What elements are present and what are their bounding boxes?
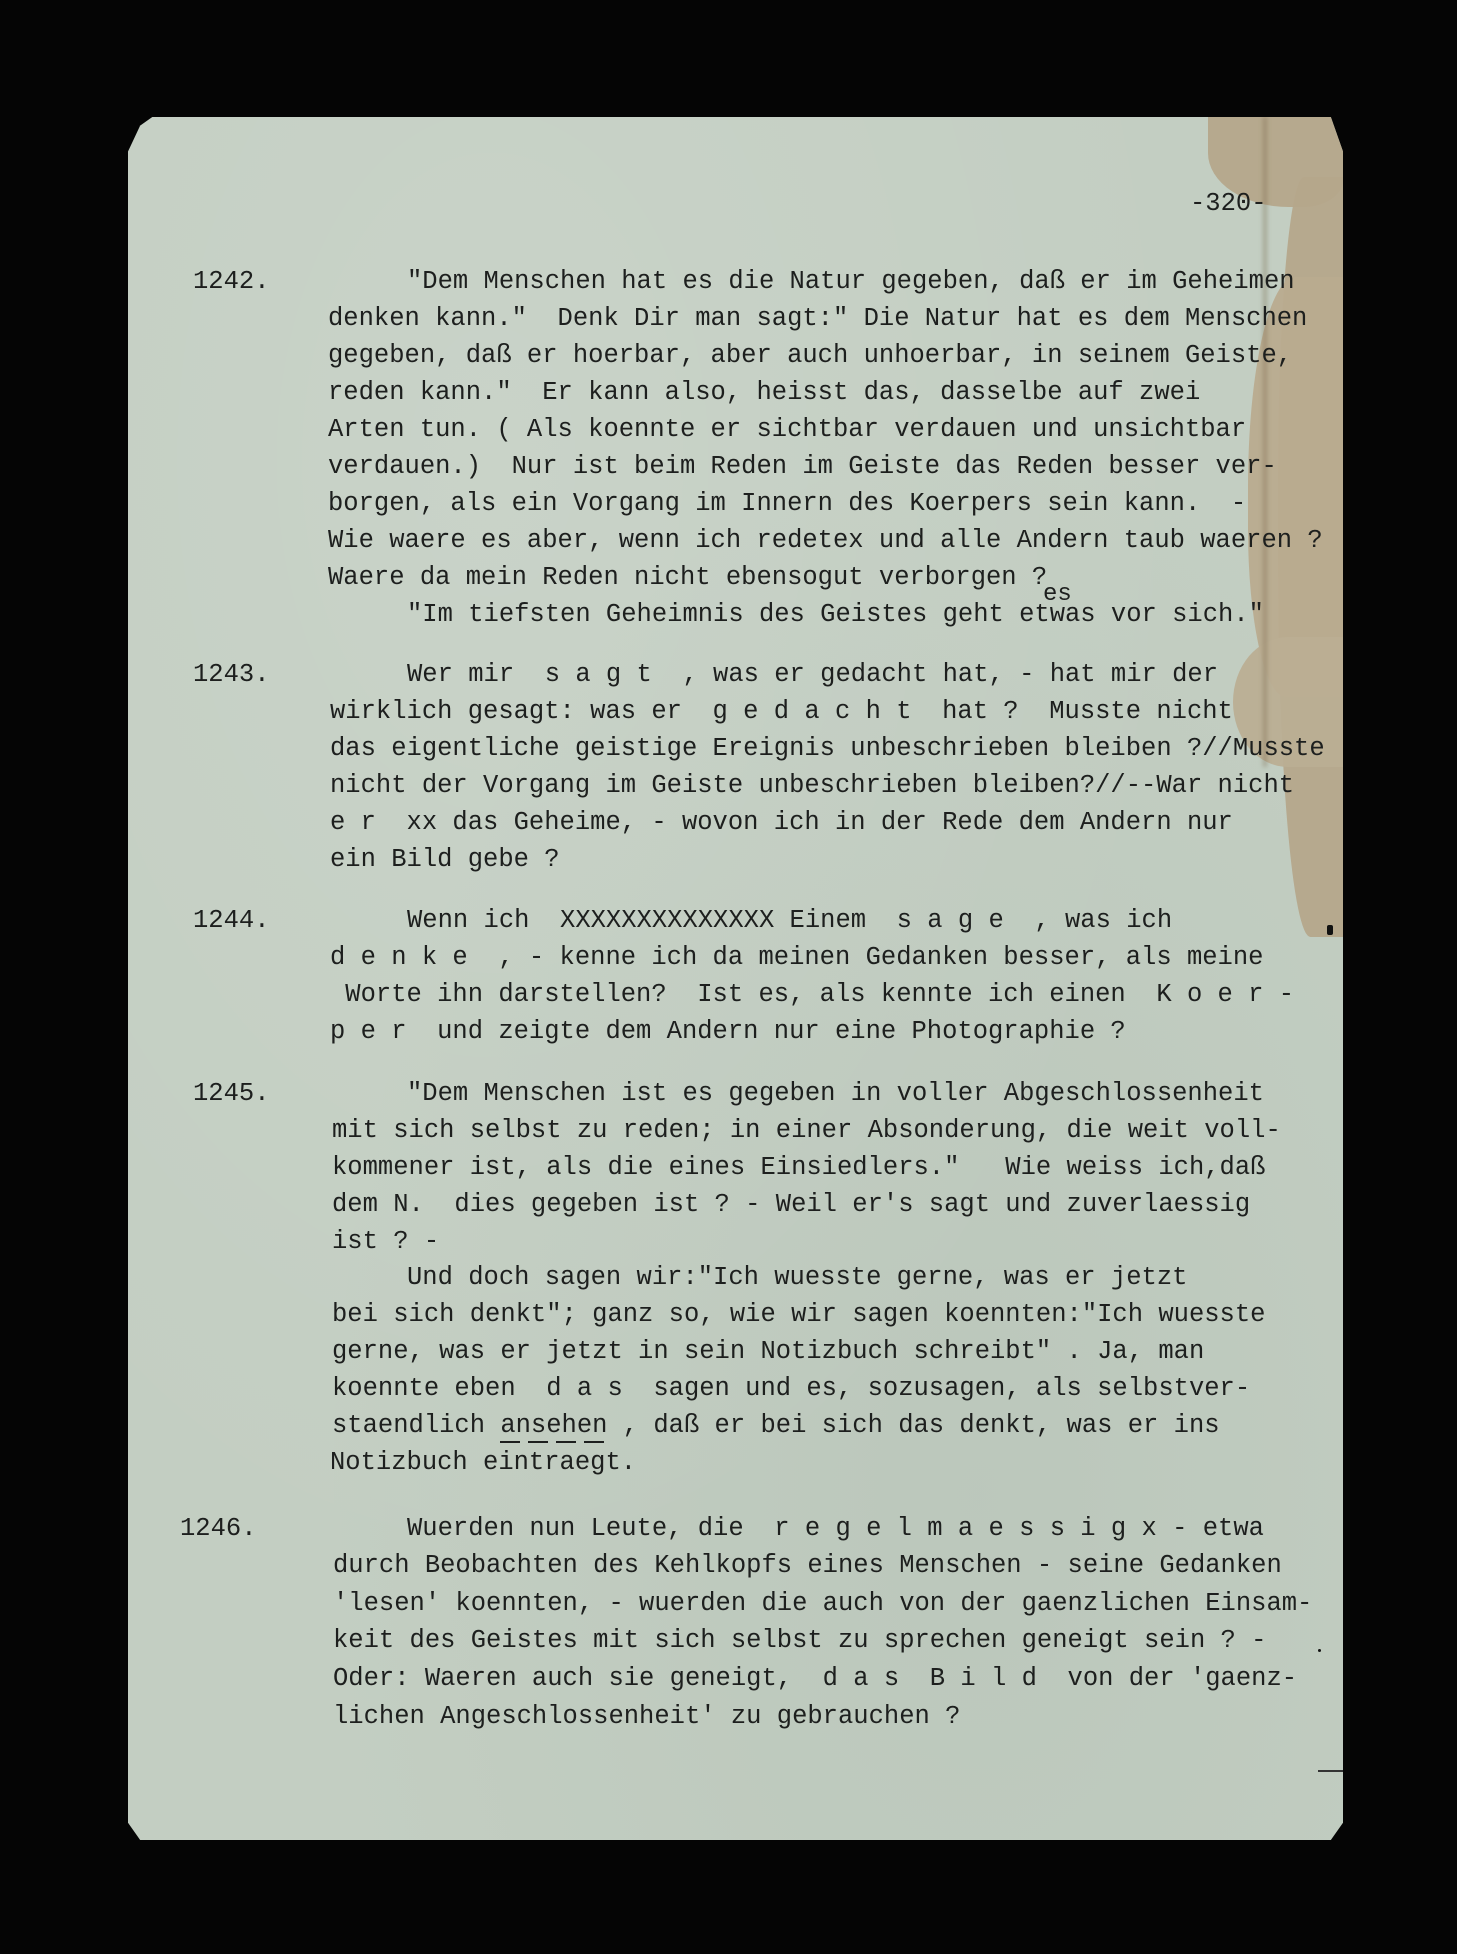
text-line: Wenn ich XXXXXXXXXXXXXX Einem s a g e , … bbox=[407, 906, 1172, 936]
ink-dot bbox=[1318, 1649, 1321, 1652]
page-number: -320- bbox=[1190, 189, 1267, 219]
text-line: Und doch sagen wir:"Ich wuesste gerne, w… bbox=[407, 1263, 1187, 1293]
text-line: mit sich selbst zu reden; in einer Abson… bbox=[332, 1116, 1281, 1146]
text-line: verdauen.) Nur ist beim Reden im Geiste … bbox=[328, 452, 1277, 482]
text-line: kommener ist, als die eines Einsiedlers.… bbox=[332, 1153, 1265, 1183]
text-line: Waere da mein Reden nicht ebensogut verb… bbox=[328, 563, 1047, 593]
text-line: 'lesen' koennten, - wuerden die auch von… bbox=[333, 1589, 1312, 1619]
text-line: Notizbuch eintraegt. bbox=[330, 1448, 636, 1478]
edge-mark bbox=[1327, 925, 1333, 935]
edge-mark bbox=[1318, 1770, 1343, 1772]
text-line: staendlich ansehen , daß er bei sich das… bbox=[332, 1411, 1220, 1441]
typescript-page bbox=[128, 117, 1343, 1840]
remark-number: 1245. bbox=[193, 1079, 270, 1109]
text-line: bei sich denkt"; ganz so, wie wir sagen … bbox=[332, 1300, 1265, 1330]
text-line: reden kann." Er kann also, heisst das, d… bbox=[328, 378, 1200, 408]
remark-number: 1244. bbox=[193, 906, 270, 936]
text-line: d e n k e , - kenne ich da meinen Gedank… bbox=[330, 943, 1263, 973]
text-line: durch Beobachten des Kehlkopfs eines Men… bbox=[333, 1551, 1282, 1581]
text-line: Oder: Waeren auch sie geneigt, d a s B i… bbox=[333, 1664, 1297, 1694]
text-line: nicht der Vorgang im Geiste unbeschriebe… bbox=[330, 771, 1294, 801]
text-line: "Dem Menschen hat es die Natur gegeben, … bbox=[407, 267, 1295, 297]
text-line: "Dem Menschen ist es gegeben in voller A… bbox=[407, 1079, 1264, 1109]
text-line: e r xx das Geheime, - wovon ich in der R… bbox=[330, 808, 1233, 838]
text-line: gerne, was er jetzt in sein Notizbuch sc… bbox=[332, 1337, 1204, 1367]
text-line: dem N. dies gegeben ist ? - Weil er's sa… bbox=[332, 1190, 1250, 1220]
remark-number: 1246. bbox=[180, 1514, 257, 1544]
text-line: Arten tun. ( Als koennte er sichtbar ver… bbox=[328, 415, 1246, 445]
text-line: Worte ihn darstellen? Ist es, als kennte… bbox=[330, 980, 1294, 1010]
underline-dashes bbox=[500, 1441, 608, 1443]
text-line: Wie waere es aber, wenn ich redetex und … bbox=[328, 526, 1323, 556]
text-line: Wuerden nun Leute, die r e g e l m a e s… bbox=[407, 1514, 1264, 1544]
text-line: borgen, als ein Vorgang im Innern des Ko… bbox=[328, 489, 1246, 519]
text-line: "Im tiefsten Geheimnis des Geistes geht … bbox=[407, 600, 1264, 630]
text-line: p e r und zeigte dem Andern nur eine Pho… bbox=[330, 1017, 1126, 1047]
text-line: gegeben, daß er hoerbar, aber auch unhoe… bbox=[328, 341, 1292, 371]
remark-number: 1243. bbox=[193, 660, 270, 690]
text-line: keit des Geistes mit sich selbst zu spre… bbox=[333, 1626, 1266, 1656]
text-line: das eigentliche geistige Ereignis unbesc… bbox=[330, 734, 1325, 764]
text-line: lichen Angeschlossenheit' zu gebrauchen … bbox=[333, 1702, 960, 1732]
text-line: ist ? - bbox=[332, 1227, 439, 1257]
text-line: koennte eben d a s sagen und es, sozusag… bbox=[332, 1374, 1250, 1404]
text-line: ein Bild gebe ? bbox=[330, 845, 560, 875]
text-line: denken kann." Denk Dir man sagt:" Die Na… bbox=[328, 304, 1307, 334]
remark-number: 1242. bbox=[193, 267, 270, 297]
text-line: Wer mir s a g t , was er gedacht hat, - … bbox=[407, 660, 1218, 690]
text-line: wirklich gesagt: was er g e d a c h t ha… bbox=[330, 697, 1233, 727]
